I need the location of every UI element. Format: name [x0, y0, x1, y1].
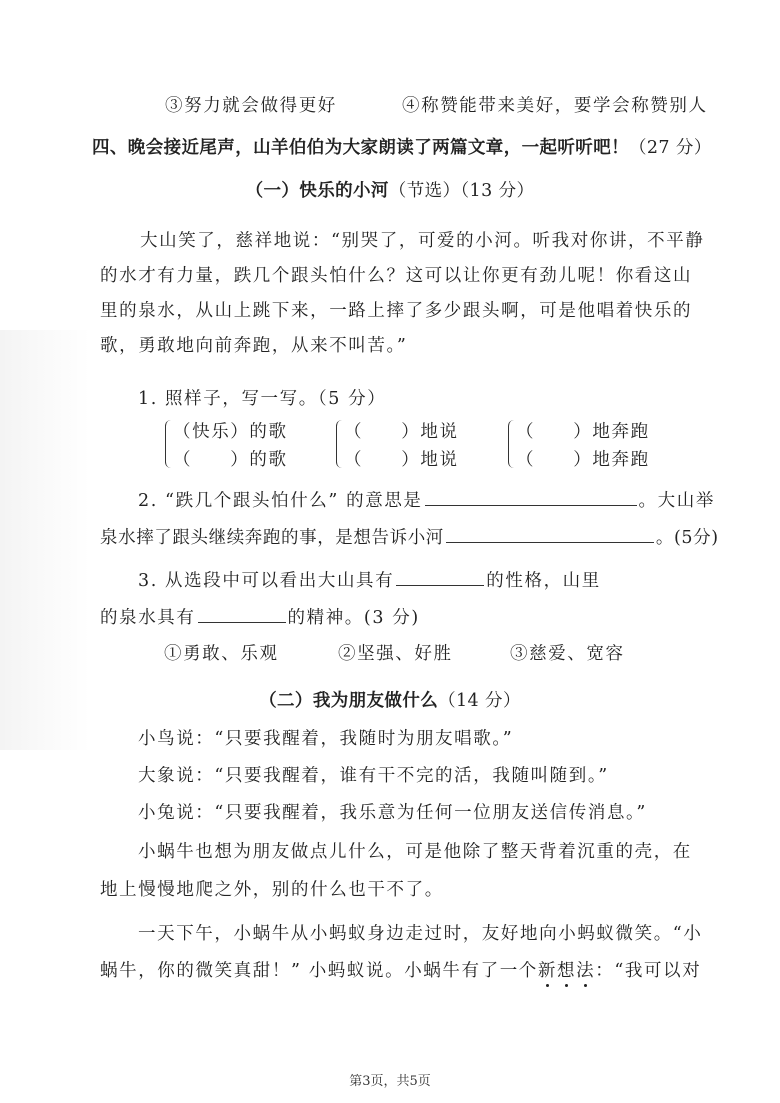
q2-answer-blank-1[interactable] [425, 504, 637, 506]
passage2-points: （14 分） [438, 691, 521, 711]
passage2-line-7-end: ：“我可以对 [595, 961, 701, 981]
emphasized-char-2: 想 [557, 961, 576, 981]
q1-group-3-answer-2[interactable]: （ ）地奔跑 [516, 446, 650, 471]
q3-prompt: 3. 从选段中可以看出大山具有 [138, 571, 394, 591]
passage2-line-3: 小兔说：“只要我醒着，我乐意为任何一位朋友送信传消息。” [138, 799, 647, 824]
q3-answer-blank-2[interactable] [198, 621, 286, 623]
q3-option-1[interactable]: ①勇敢、乐观 [164, 640, 279, 665]
emphasized-char-1: 新 [538, 961, 557, 981]
passage1-title-text: （一）快乐的小河 [246, 181, 389, 201]
passage2-title-text: （二）我为朋友做什么 [259, 691, 438, 711]
q2-line-1: 2. “跌几个跟头怕什么” 的意思是。大山举 [138, 487, 715, 512]
passage2-title: （二）我为朋友做什么（14 分） [0, 687, 780, 712]
q2-answer-blank-2[interactable] [446, 541, 654, 543]
passage1-subtitle: （节选）（13 分） [389, 181, 535, 201]
passage2-line-7: 蜗牛，你的微笑真甜！” 小蚂蚁说。小蜗牛有了一个新想法：“我可以对 [100, 957, 701, 982]
section-heading: 四、晚会接近尾声，山羊伯伯为大家朗读了两篇文章，一起听听吧！（27 分） [92, 134, 712, 159]
q3-prompt-2: 的泉水具有 [100, 608, 196, 628]
q3-line-1: 3. 从选段中可以看出大山具有的性格，山里 [138, 567, 601, 592]
q3-option-3[interactable]: ③慈爱、宽容 [510, 640, 625, 665]
page-number: 第3页，共5页 [0, 1070, 780, 1089]
q1-group-3-answer-1[interactable]: （ ）地奔跑 [516, 418, 650, 443]
passage2-line-1: 小鸟说：“只要我醒着，我随时为朋友唱歌。” [138, 725, 513, 750]
passage2-line-2: 大象说：“只要我醒着，谁有干不完的活，我随叫随到。” [138, 762, 609, 787]
option-3: ③努力就会做得更好 [165, 92, 337, 117]
q1-group-1-example: （快乐）的歌 [173, 418, 288, 443]
q1-group-2-answer-2[interactable]: （ ）地说 [344, 446, 459, 471]
q1-prompt: 1. 照样子，写一写。（5 分） [138, 385, 386, 410]
q1-group-1-answer[interactable]: （ ）的歌 [173, 446, 288, 471]
q3-suffix-2: 的精神。(3 分) [288, 608, 420, 628]
q2-suffix-1: 。大山举 [639, 491, 715, 511]
passage2-line-5: 地上慢慢地爬之外，别的什么也干不了。 [100, 876, 444, 901]
passage2-line-7-start: 蜗牛，你的微笑真甜！” 小蚂蚁说。小蜗牛有了一个 [100, 961, 538, 981]
passage1-title: （一）快乐的小河（节选）（13 分） [0, 177, 780, 202]
q2-prompt-2: 泉水摔了跟头继续奔跑的事，是想告诉小河 [100, 528, 444, 548]
emphasized-char-3: 法 [576, 961, 595, 981]
section-heading-text: 四、晚会接近尾声，山羊伯伯为大家朗读了两篇文章，一起听听吧！ [92, 138, 629, 158]
section-points: （27 分） [629, 138, 712, 158]
passage1-line-2: 的水才有力量，跌几个跟头怕什么？这可以让你更有劲儿呢！你看这山 [100, 262, 692, 287]
q2-suffix-2: 。(5分) [656, 528, 719, 548]
passage1-line-3: 里的泉水，从山上跳下来，一路上摔了多少跟头啊，可是他唱着快乐的 [100, 297, 692, 322]
option-4: ④称赞能带来美好，要学会称赞别人 [402, 92, 708, 117]
q3-line-2: 的泉水具有的精神。(3 分) [100, 604, 420, 629]
q3-option-2[interactable]: ②坚强、好胜 [338, 640, 453, 665]
q3-answer-blank-1[interactable] [396, 584, 484, 586]
passage1-line-4: 歌，勇敢地向前奔跑，从来不叫苦。” [100, 332, 407, 357]
q1-group-2-answer-1[interactable]: （ ）地说 [344, 418, 459, 443]
passage2-line-4: 小蜗牛也想为朋友做点儿什么，可是他除了整天背着沉重的壳，在 [138, 838, 692, 863]
brace-icon [165, 420, 173, 468]
q2-line-2: 泉水摔了跟头继续奔跑的事，是想告诉小河。(5分) [100, 524, 719, 549]
passage1-line-1: 大山笑了，慈祥地说：“别哭了，可爱的小河。听我对你讲，不平静 [140, 227, 704, 252]
passage2-line-6: 一天下午，小蜗牛从小蚂蚁身边走过时，友好地向小蚂蚁微笑。“小 [138, 920, 702, 945]
brace-icon [336, 420, 344, 468]
q2-prompt: 2. “跌几个跟头怕什么” 的意思是 [138, 491, 423, 511]
brace-icon [508, 420, 516, 468]
q3-suffix-1: 的性格，山里 [486, 571, 601, 591]
